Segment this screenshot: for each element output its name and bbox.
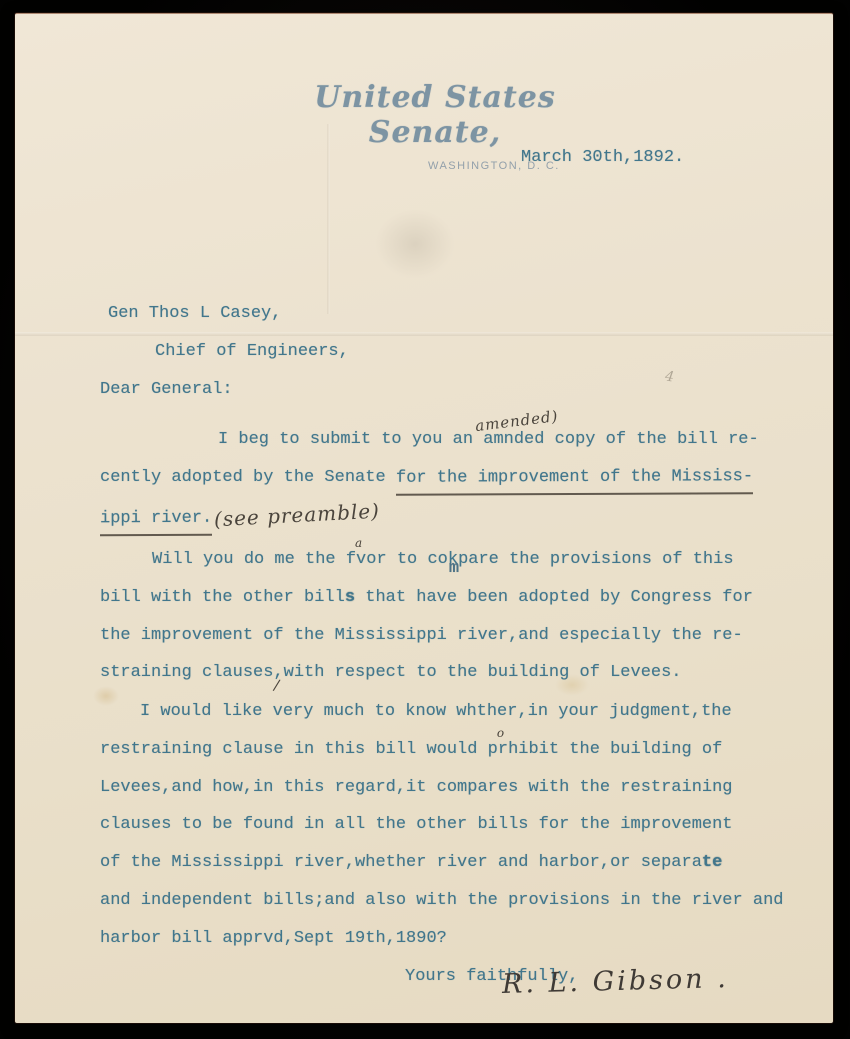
letter-line: and independent bills;and also with the … xyxy=(100,882,810,920)
typed-text-segment: clauses to be found in all the other bil… xyxy=(100,815,733,834)
paragraph: I beg to submit to you an amndedamended)… xyxy=(100,421,810,534)
typed-text-segment: ,/ xyxy=(273,663,283,682)
letter-line: straining clauses,/with respect to the b… xyxy=(100,654,810,692)
typed-text-segment: I beg to submit to you an xyxy=(218,430,483,449)
letter-line: cently adopted by the Senate for the imp… xyxy=(100,459,810,497)
typed-text-segment: cently adopted by the Senate xyxy=(100,468,396,487)
typed-text-segment: or to co xyxy=(366,550,448,569)
typed-text-segment: for the improvement of the Mississ- xyxy=(396,465,753,496)
typed-text-segment: amndedamended) xyxy=(483,430,544,449)
letter-line: Will you do me the fvaor to cokmpare the… xyxy=(100,541,810,579)
typed-text-segment: va xyxy=(356,550,366,569)
typed-text-segment: Will you do me the f xyxy=(152,550,356,569)
handwritten-inline-note: (see preamble) xyxy=(213,492,381,538)
paper-smudge xyxy=(375,209,455,279)
typed-text-segment: te xyxy=(702,853,722,872)
typed-text-segment: harbor bill apprvd,Sept 19th,1890? xyxy=(100,929,447,948)
fold-crease-vertical xyxy=(327,124,330,314)
typed-text-segment: pare the provisions of this xyxy=(458,550,733,569)
letter-line: of the Mississippi river,whether river a… xyxy=(100,844,810,882)
signature: R. L. Gibson . xyxy=(502,963,729,1000)
letter-line: Levees,and how,in this regard,it compare… xyxy=(100,769,810,807)
typed-text-segment: restraining clause in this bill would p xyxy=(100,740,498,759)
recipient-title: Chief of Engineers, xyxy=(100,333,349,371)
handwritten-correction: o xyxy=(497,727,505,739)
typed-text-segment: km xyxy=(448,550,458,569)
letter-line: I would like very much to know whther,in… xyxy=(100,693,810,731)
letter-line: ippi river.(see preamble) xyxy=(100,497,810,535)
typed-text-segment: straining clauses xyxy=(100,663,273,682)
letterhead-title: United States Senate, xyxy=(283,80,587,150)
typed-text-segment: with respect to the building of Levees. xyxy=(284,663,682,682)
typed-text-segment: ibit the building of xyxy=(518,740,722,759)
typed-text-segment: bill with the other bill xyxy=(100,588,345,607)
pencil-margin-mark: 4 xyxy=(664,368,675,385)
typed-text-segment: s xyxy=(345,588,355,607)
typed-text-segment: and independent bills;and also with the … xyxy=(100,891,784,910)
typed-text-segment: Levees,and how,in this regard,it compare… xyxy=(100,778,733,797)
typed-text-segment: of the Mississippi river,whether river a… xyxy=(100,853,702,872)
letter-line: I beg to submit to you an amndedamended)… xyxy=(100,421,810,459)
paragraph: I would like very much to know whther,in… xyxy=(100,693,810,958)
recipient-address: Gen Thos L Casey, Chief of Engineers, De… xyxy=(100,295,349,409)
typed-text-segment: that have been adopted by Congress for xyxy=(355,588,753,607)
letter-line: harbor bill apprvd,Sept 19th,1890? xyxy=(100,920,810,958)
handwritten-correction: a xyxy=(355,537,363,549)
typed-text-segment: I would like very much to know whther,in… xyxy=(140,702,732,721)
paragraph: Will you do me the fvaor to cokmpare the… xyxy=(100,541,810,692)
letter-line: restraining clause in this bill would pr… xyxy=(100,731,810,769)
handwritten-comma-mark: / xyxy=(273,678,282,694)
typed-text-segment: copy of the bill re- xyxy=(544,430,758,449)
typed-date: March 30th,1892. xyxy=(521,148,684,167)
typed-text-segment: ippi river. xyxy=(100,506,212,535)
salutation: Dear General: xyxy=(100,371,349,409)
typed-text-segment: rho xyxy=(498,740,518,759)
typed-text-segment: the improvement of the Mississippi river… xyxy=(100,626,743,645)
letter-line: clauses to be found in all the other bil… xyxy=(100,806,810,844)
letter-paper: United States Senate, WASHINGTON, D. C. … xyxy=(15,13,833,1023)
recipient-name: Gen Thos L Casey, xyxy=(100,295,349,333)
letter-line: the improvement of the Mississippi river… xyxy=(100,617,810,655)
